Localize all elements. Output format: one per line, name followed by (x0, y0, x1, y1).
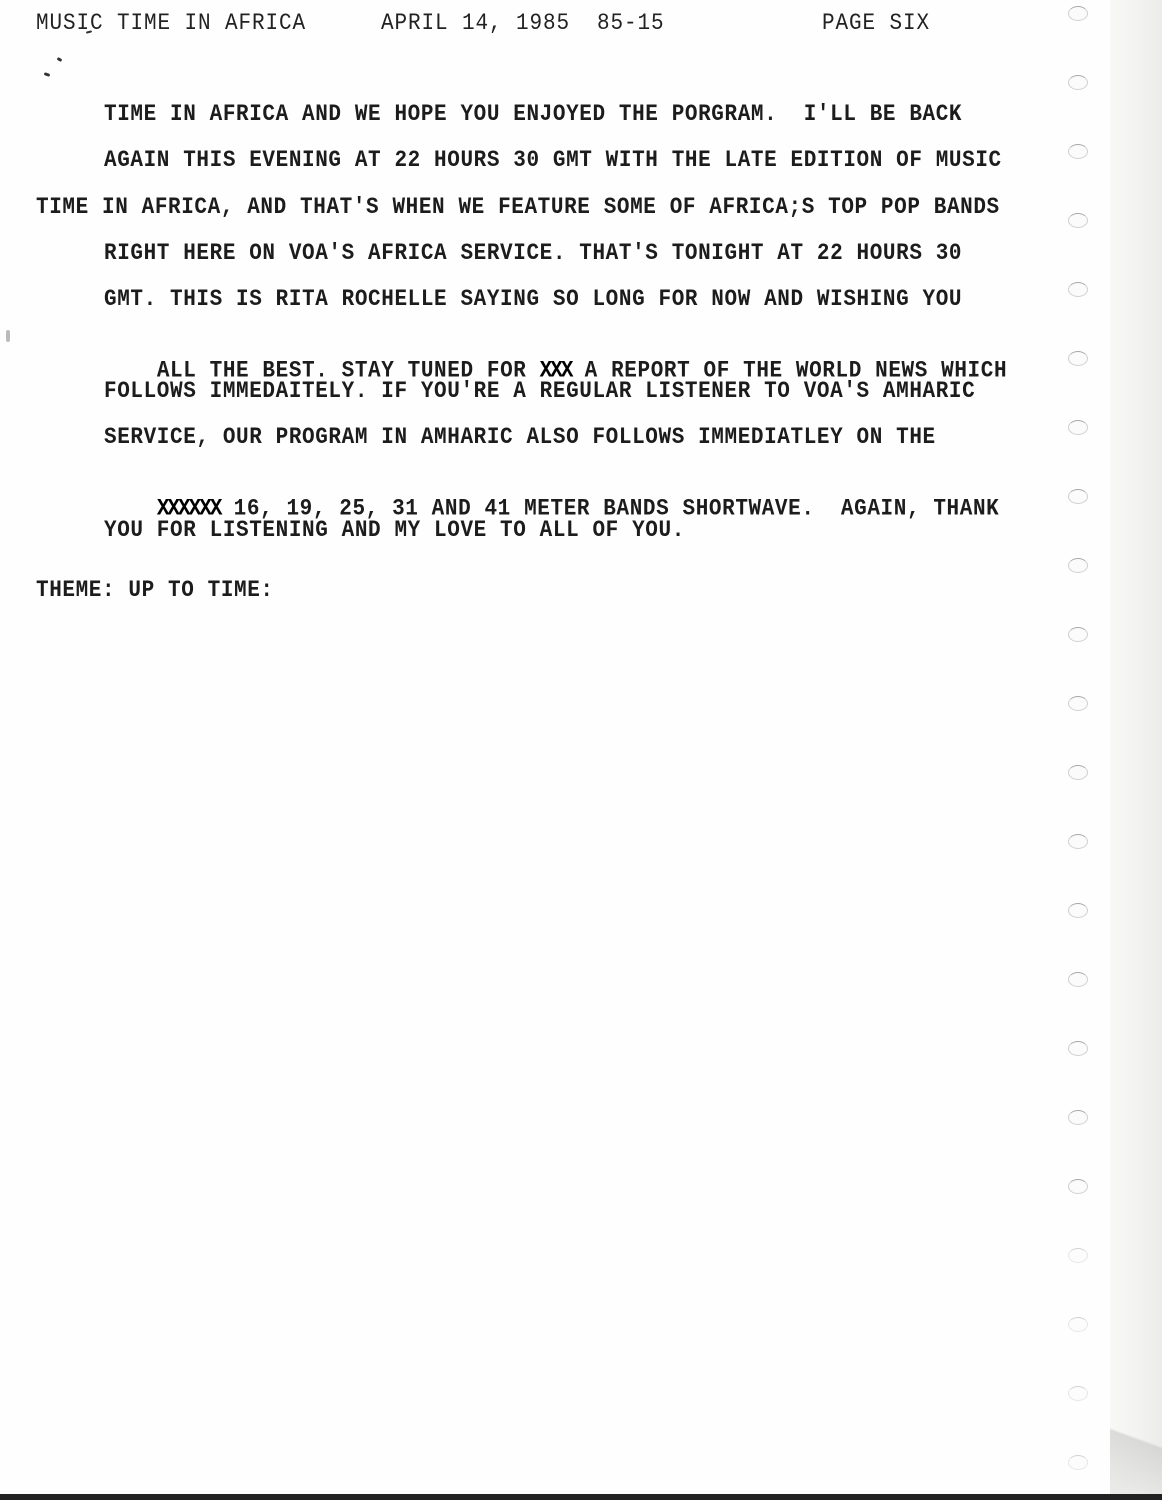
body-line: FOLLOWS IMMEDAITELY. IF YOU'RE A REGULAR… (104, 379, 975, 405)
paper-edge-strip (1110, 0, 1162, 1500)
perforation-hole (1068, 351, 1088, 366)
broadcast-date: APRIL 14, 1985 (381, 11, 570, 37)
ink-mark (6, 330, 10, 342)
perforation-hole (1068, 1110, 1088, 1125)
body-line: SERVICE, OUR PROGRAM IN AMHARIC ALSO FOL… (104, 425, 936, 451)
perforation-hole (1068, 834, 1088, 849)
body-line: AGAIN THIS EVENING AT 22 HOURS 30 GMT WI… (104, 148, 1002, 174)
page-corner-fold (1110, 1380, 1162, 1494)
body-line: YOU FOR LISTENING AND MY LOVE TO ALL OF … (104, 518, 685, 544)
body-line: TIME IN AFRICA, AND THAT'S WHEN WE FEATU… (36, 195, 1000, 221)
perforation-hole (1068, 1455, 1088, 1470)
perforation-hole (1068, 282, 1088, 297)
perforation-hole (1068, 6, 1088, 21)
perforation-hole (1068, 903, 1088, 918)
perforation-hole (1068, 627, 1088, 642)
perforation-hole (1068, 144, 1088, 159)
body-line: TIME IN AFRICA AND WE HOPE YOU ENJOYED T… (104, 102, 962, 128)
perforation-hole (1068, 420, 1088, 435)
perforation-hole (1068, 1041, 1088, 1056)
perforation-hole (1068, 1248, 1088, 1263)
ink-mark (57, 57, 63, 62)
ink-mark (44, 72, 51, 77)
page-label: PAGE SIX (822, 11, 930, 37)
perforation-hole (1068, 972, 1088, 987)
perforation-hole (1068, 696, 1088, 711)
perforation-hole (1068, 489, 1088, 504)
typewritten-script-page: MUSIC TIME IN AFRICA APRIL 14, 1985 85-1… (0, 0, 1162, 1500)
perforation-hole (1068, 558, 1088, 573)
perforation-hole (1068, 1179, 1088, 1194)
perforation-hole (1068, 213, 1088, 228)
perforation-hole (1068, 765, 1088, 780)
perforation-hole (1068, 75, 1088, 90)
perforation-hole (1068, 1317, 1088, 1332)
episode-code: 85-15 (597, 11, 665, 37)
scan-bottom-edge (0, 1494, 1162, 1500)
body-line: GMT. THIS IS RITA ROCHELLE SAYING SO LON… (104, 287, 962, 313)
perforation-hole (1068, 1386, 1088, 1401)
program-title: MUSIC TIME IN AFRICA (36, 11, 306, 37)
theme-cue: THEME: UP TO TIME: (36, 578, 274, 604)
body-line: RIGHT HERE ON VOA'S AFRICA SERVICE. THAT… (104, 241, 962, 267)
